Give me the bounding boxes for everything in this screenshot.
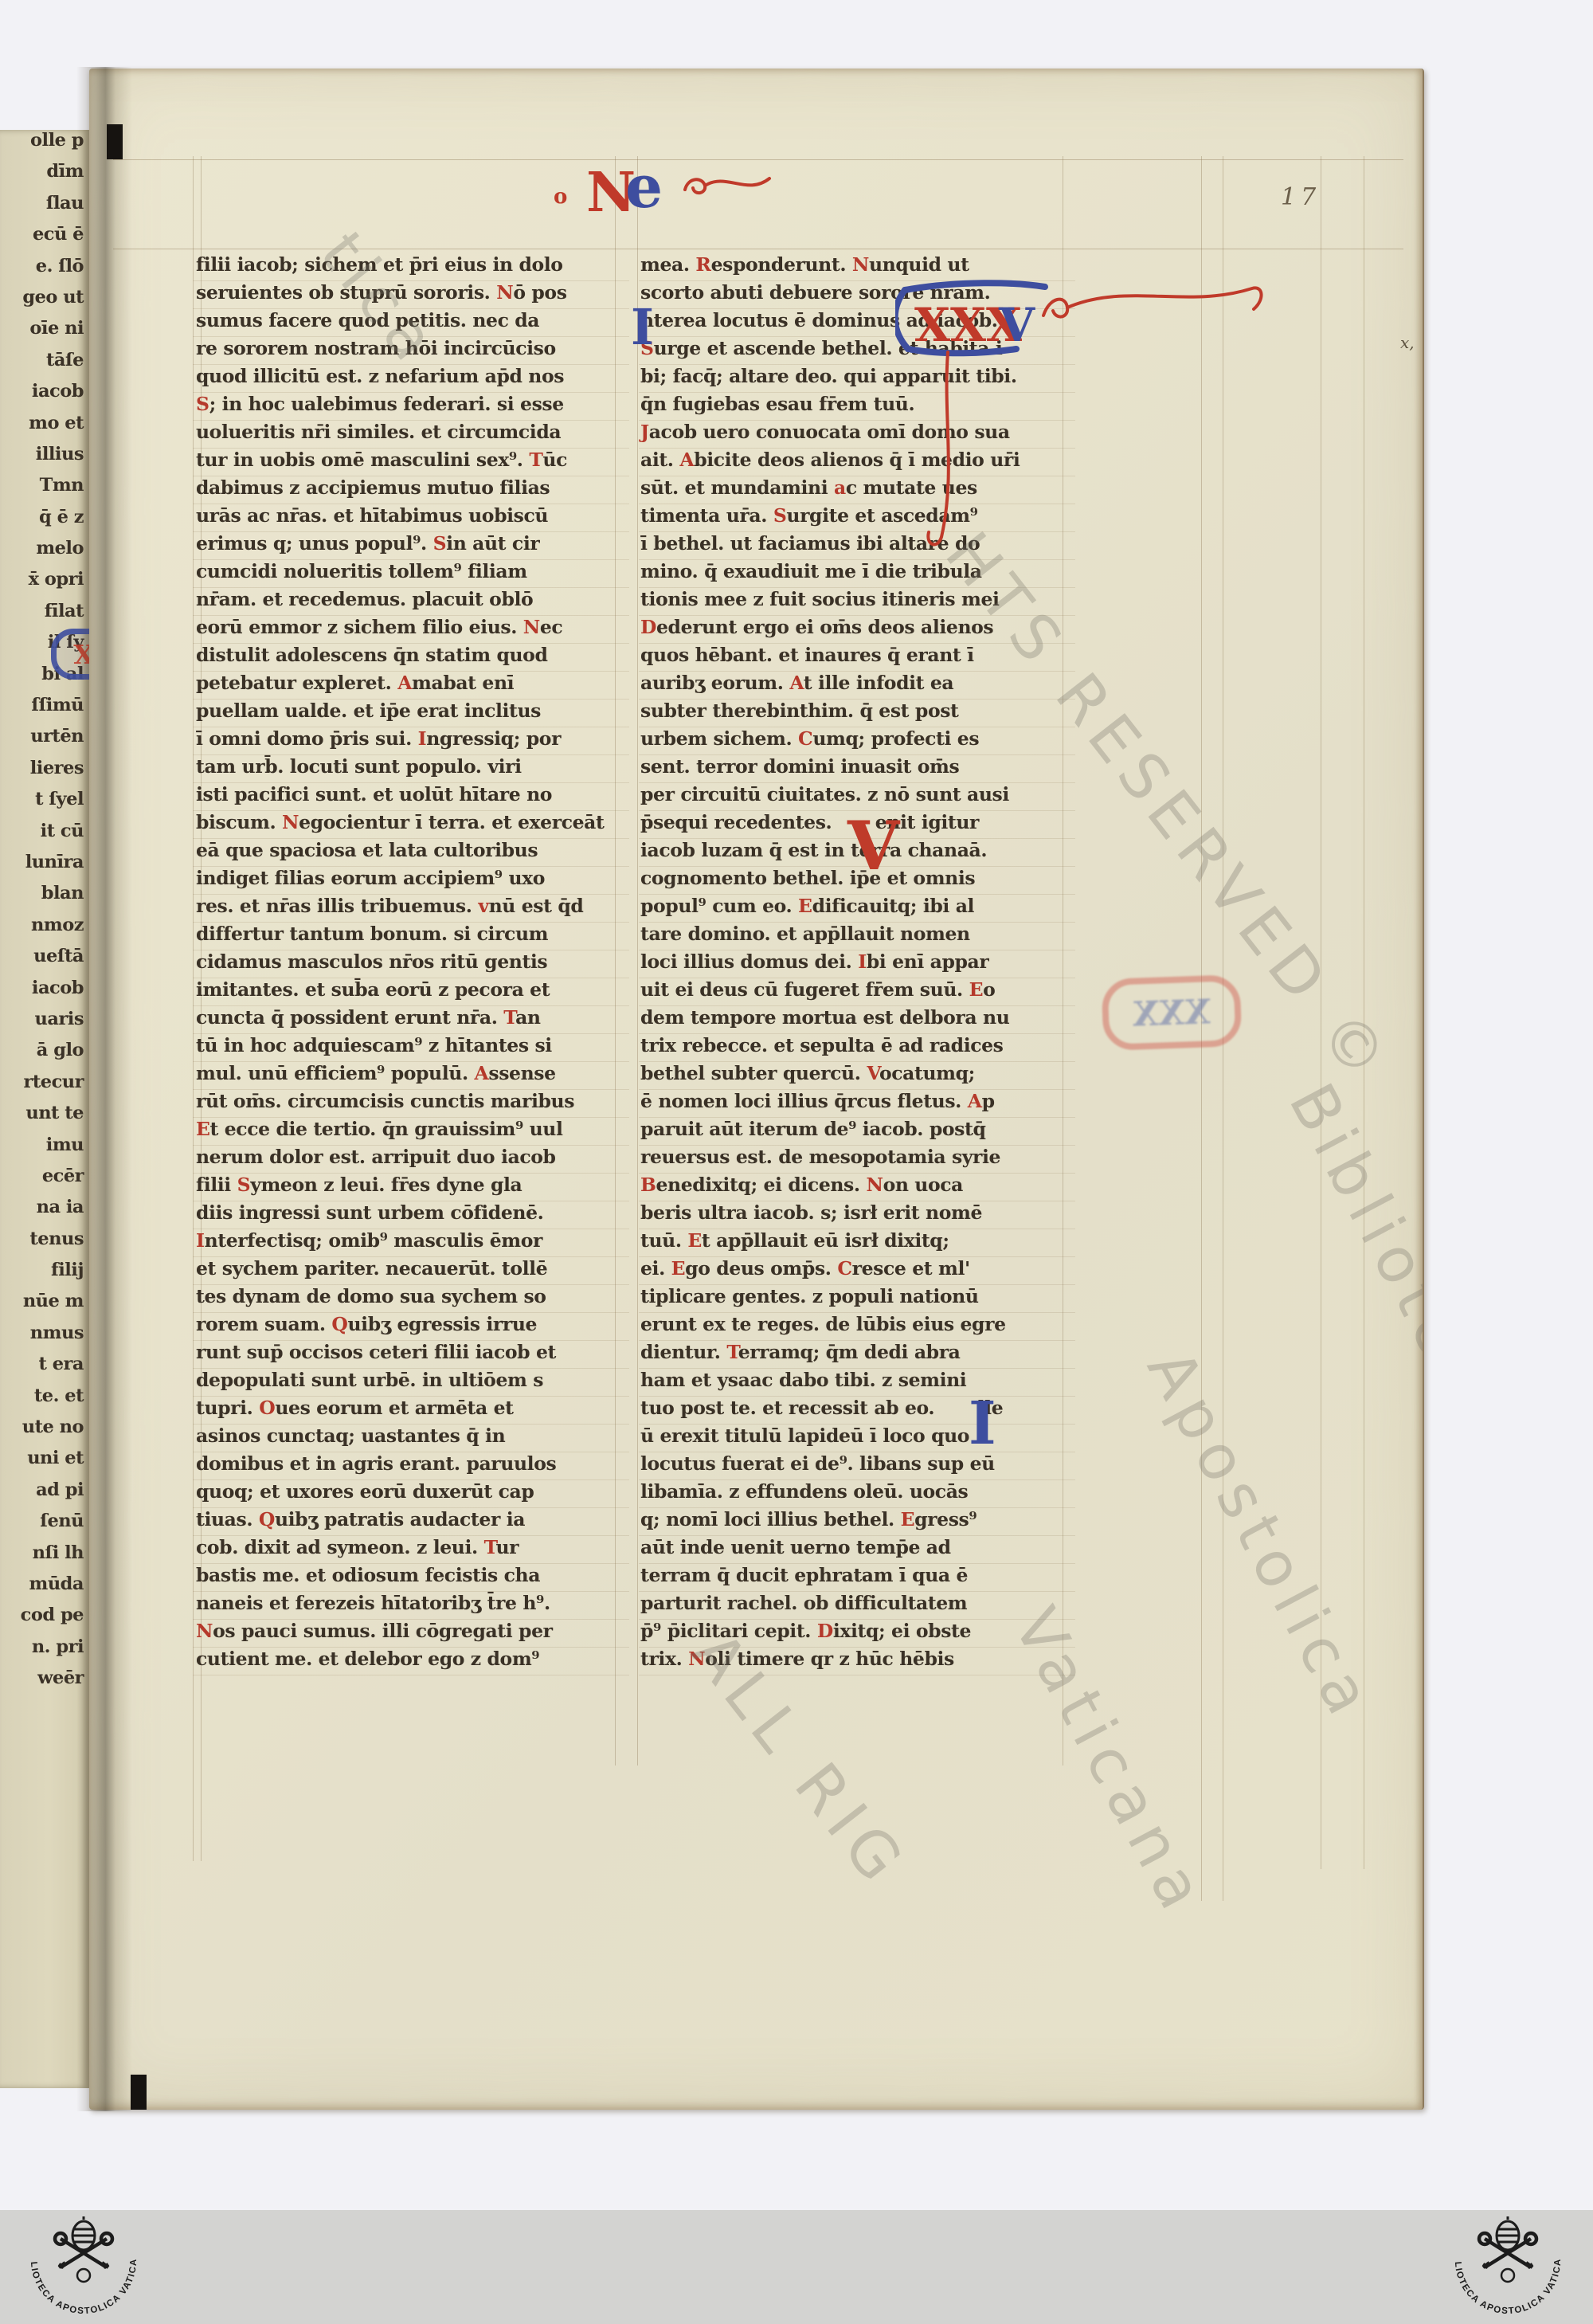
manuscript-text-line: filii iacob; sichem et p̄ri eius in dolo bbox=[196, 253, 621, 281]
facing-text-fragment: ecēr bbox=[0, 1166, 89, 1197]
facing-text-fragment: illius bbox=[0, 444, 89, 475]
manuscript-text-line: p̄⁹ p̄iclitari cepit. Dixitq; ei obste bbox=[640, 1620, 1077, 1648]
manuscript-text-line: paruit aūt iterum de⁹ iacob. postq̄ bbox=[640, 1118, 1077, 1146]
folio-number: 17 bbox=[1281, 183, 1321, 211]
manuscript-text-line: tuū. Et app̄llauit eū isrł dixitq; bbox=[640, 1229, 1077, 1257]
facing-text-fragment: ueſtā bbox=[0, 946, 89, 977]
manuscript-text-line: tare domino. et app̄llauit nomen bbox=[640, 923, 1077, 950]
manuscript-text-line: loci illius domus dei. Ibi enī appar bbox=[640, 950, 1077, 978]
manuscript-text-line: imitantes. et sub̄a eorū z pecora et bbox=[196, 978, 621, 1006]
facing-text-fragment: it cū bbox=[0, 821, 89, 852]
facing-text-fragment: geo ut bbox=[0, 287, 89, 318]
manuscript-text-line: re sororem nostram hōi incircūciso bbox=[196, 337, 621, 365]
manuscript-text-line: tuo post te. et recessit ab eo. lle bbox=[640, 1397, 1077, 1425]
manuscript-text-line: tur in uobis omē masculini sex⁹. Tūc bbox=[196, 449, 621, 476]
binding-tab-top bbox=[107, 124, 123, 159]
manuscript-text-line: naneis et ferezeis hītatoribʒ t̄re h⁹. bbox=[196, 1592, 621, 1620]
facing-text-fragment: ecū ē bbox=[0, 224, 89, 255]
facing-text-fragment: nūe m bbox=[0, 1291, 89, 1322]
manuscript-text-line: eorū emmor z sichem filio eius. Nec bbox=[196, 616, 621, 644]
facing-text-fragment: uni et bbox=[0, 1448, 89, 1479]
manuscript-text-line: indiget filias eorum accipiem⁹ uxo bbox=[196, 867, 621, 895]
binding-tab-bottom bbox=[131, 2075, 147, 2110]
header-paraph-mark: o bbox=[554, 185, 567, 209]
manuscript-text-line: tū in hoc adquiescam⁹ z hītantes si bbox=[196, 1034, 621, 1062]
facing-text-fragment: nmus bbox=[0, 1323, 89, 1354]
manuscript-text-line: S; in hoc ualebimus federari. si esse bbox=[196, 393, 621, 421]
ghost-numeral: XXX bbox=[1132, 992, 1211, 1033]
running-header-letter-blue: e bbox=[625, 158, 663, 217]
manuscript-text-line: mino. q̄ exaudiuit me ī die tribula bbox=[640, 560, 1077, 588]
vatican-library-logo-left: BIBLIOTECA APOSTOLICA VATICANA bbox=[14, 2215, 154, 2320]
facing-text-fragment: blan bbox=[0, 883, 89, 914]
manuscript-text-line: Benedixitq; ei dicens. Non uoca bbox=[640, 1174, 1077, 1201]
vatican-library-logo-right: BIBLIOTECA APOSTOLICA VATICANA bbox=[1438, 2215, 1578, 2320]
manuscript-text-line: tiuas. Quibʒ patratis audacter ia bbox=[196, 1508, 621, 1536]
manuscript-text-line: popul⁹ cum eo. Edificauitq; ibi al bbox=[640, 895, 1077, 923]
manuscript-text-line: rorem suam. Quibʒ egressis irrue bbox=[196, 1313, 621, 1341]
facing-text-fragment: filij bbox=[0, 1260, 89, 1291]
manuscript-text-line: quos hēbant. et inaures q̄ erant ī bbox=[640, 644, 1077, 672]
manuscript-text-line: dem tempore mortua est delbora nu bbox=[640, 1006, 1077, 1034]
facing-text-fragment: dīm bbox=[0, 161, 89, 192]
chapter-numeral-blue: V bbox=[998, 298, 1035, 352]
manuscript-text-line: tam urb̄. locuti sunt populo. viri bbox=[196, 755, 621, 783]
facing-text-fragment: n. pri bbox=[0, 1636, 89, 1668]
facing-text-fragment: rtecur bbox=[0, 1072, 89, 1103]
facing-chapter-numeral: XX bbox=[73, 639, 89, 670]
manuscript-text-line: libamīa. z effundens oleū. uocās bbox=[640, 1480, 1077, 1508]
manuscript-text-line: beris ultra iacob. s; isrł erit nomē bbox=[640, 1201, 1077, 1229]
facing-text-fragment: melo bbox=[0, 538, 89, 569]
facing-page-text-fragments: olle pdīmſlauecū ēe. ſlōgeo utoīe nitāſe… bbox=[0, 130, 89, 1699]
watermark-text: Biblioteca bbox=[1275, 1072, 1424, 1454]
manuscript-text-line: auribʒ eorum. At ille infodit ea bbox=[640, 672, 1077, 700]
facing-text-fragment: unt te bbox=[0, 1103, 89, 1134]
manuscript-text-line: locutus fuerat ei de⁹. libans sup eū bbox=[640, 1452, 1077, 1480]
manuscript-text-line: quod illicitū est. z nefarium ap̄d nos bbox=[196, 365, 621, 393]
manuscript-text-line: bethel subter quercū. Vocatumq; bbox=[640, 1062, 1077, 1090]
facing-text-fragment: nmoz bbox=[0, 915, 89, 946]
manuscript-text-line: bastis me. et odiosum fecistis cha bbox=[196, 1564, 621, 1592]
manuscript-text-line: uolueritis nr̄i similes. et circumcida bbox=[196, 421, 621, 449]
facing-page-edge: olle pdīmſlauecū ēe. ſlōgeo utoīe nitāſe… bbox=[0, 130, 89, 2088]
manuscript-text-line: eā que spaciosa et lata cultoribus bbox=[196, 839, 621, 867]
ruling-line bbox=[1321, 156, 1321, 1869]
manuscript-text-line: domibus et in agris erant. paruulos bbox=[196, 1452, 621, 1480]
manuscript-text-line: cidamus masculos nr̄os ritū gentis bbox=[196, 950, 621, 978]
offset-ghost-chapter-stamp: XXX bbox=[1101, 974, 1242, 1051]
facing-text-fragment: ute no bbox=[0, 1417, 89, 1448]
facing-text-fragment: ad pi bbox=[0, 1479, 89, 1511]
facing-text-fragment: olle p bbox=[0, 130, 89, 161]
manuscript-text-line: filii Symeon z leui. fr̄es dyne gla bbox=[196, 1174, 621, 1201]
manuscript-text-line: nr̄am. et recedemus. placuit oblō bbox=[196, 588, 621, 616]
manuscript-text-line: res. et nr̄as illis tribuemus. vnū est q… bbox=[196, 895, 621, 923]
ruling-line bbox=[1364, 156, 1364, 1869]
manuscript-text-line: seruientes ob stuprū sororis. Nō pos bbox=[196, 281, 621, 309]
manuscript-text-line: ham et ysaac dabo tibi. z semini bbox=[640, 1369, 1077, 1397]
facing-text-fragment: tāſe bbox=[0, 350, 89, 381]
manuscript-text-line: q; nomī loci illius bethel. Egress⁹ bbox=[640, 1508, 1077, 1536]
facing-text-fragment: na ia bbox=[0, 1197, 89, 1228]
manuscript-text-line: diis ingressi sunt urbem cōfidenē. bbox=[196, 1201, 621, 1229]
text-column-left: filii iacob; sichem et p̄ri eius in dolo… bbox=[196, 253, 621, 1675]
manuscript-text-line: aūt inde uenit uerno temp̄e ad bbox=[640, 1536, 1077, 1564]
facing-text-fragment: Tmn bbox=[0, 475, 89, 506]
manuscript-text-line: runt sup̄ occisos ceteri filii iacob et bbox=[196, 1341, 621, 1369]
facing-text-fragment: mūda bbox=[0, 1574, 89, 1605]
manuscript-text-line: tionis mee z fuit socius itineris mei bbox=[640, 588, 1077, 616]
facing-text-fragment: mo et bbox=[0, 413, 89, 444]
manuscript-text-line: tes dynam de domo sua sychem so bbox=[196, 1285, 621, 1313]
facing-text-fragment: nſi lh bbox=[0, 1542, 89, 1574]
facing-text-fragment: ſlau bbox=[0, 193, 89, 224]
manuscript-text-line: cutient me. et delebor ego z dom⁹ bbox=[196, 1648, 621, 1675]
facing-text-fragment: cod pe bbox=[0, 1605, 89, 1636]
manuscript-text-line: ei. Ego deus omp̄s. Cresce et ml' bbox=[640, 1257, 1077, 1285]
manuscript-text-line: Et ecce die tertio. q̄n grauissim⁹ uul bbox=[196, 1118, 621, 1146]
manuscript-page: o N e 17 x, filii iacob; sichem et p̄ri … bbox=[89, 69, 1424, 2110]
manuscript-text-line: dientur. Terramq; q̄m dedi abra bbox=[640, 1341, 1077, 1369]
manuscript-text-line: erunt ex te reges. de lūbis eius egre bbox=[640, 1313, 1077, 1341]
facing-text-fragment: urtēn bbox=[0, 726, 89, 757]
facing-text-fragment: ſenū bbox=[0, 1511, 89, 1542]
manuscript-text-line: sumus facere quod petitis. nec da bbox=[196, 309, 621, 337]
facing-text-fragment: e. ſlō bbox=[0, 256, 89, 287]
manuscript-text-line: subter therebinthim. q̄ est post bbox=[640, 700, 1077, 727]
ruling-line bbox=[113, 159, 1403, 160]
manuscript-text-line: cob. dixit ad symeon. z leui. Tur bbox=[196, 1536, 621, 1564]
facing-text-fragment: oīe ni bbox=[0, 318, 89, 349]
header-flourish-icon bbox=[680, 169, 776, 204]
manuscript-text-line: distulit adolescens q̄n statim quod bbox=[196, 644, 621, 672]
manuscript-text-line: asinos cunctaq; uastantes q̄ in bbox=[196, 1425, 621, 1452]
manuscript-text-line: quoq; et uxores eorū duxerūt cap bbox=[196, 1480, 621, 1508]
facing-text-fragment: imu bbox=[0, 1135, 89, 1166]
painted-initial-i: I bbox=[631, 303, 654, 352]
facing-text-fragment: fīlat bbox=[0, 601, 89, 632]
facing-page-chapter-marker: XX bbox=[51, 629, 89, 680]
manuscript-text-line: depopulati sunt urbē. in ultiōem s bbox=[196, 1369, 621, 1397]
facing-text-fragment: weēr bbox=[0, 1668, 89, 1699]
facing-text-fragment: te. et bbox=[0, 1385, 89, 1417]
manuscript-text-line: Nos pauci sumus. illi cōgregati per bbox=[196, 1620, 621, 1648]
manuscript-text-line: trix. Noli timere qr z hūc hēbis bbox=[640, 1648, 1077, 1675]
painted-initial-v: V bbox=[847, 813, 899, 880]
facing-text-fragment: uaris bbox=[0, 1009, 89, 1040]
facing-text-fragment: lieres bbox=[0, 758, 89, 789]
manuscript-text-line: puellam ualde. et ip̄e erat inclitus bbox=[196, 700, 621, 727]
facing-text-fragment: t era bbox=[0, 1354, 89, 1385]
manuscript-text-line: ī omni domo p̄ris sui. Ingressiq; por bbox=[196, 727, 621, 755]
facing-text-fragment: x̄ opri bbox=[0, 569, 89, 600]
manuscript-text-line: trix rebecce. et sepulta ē ad radices bbox=[640, 1034, 1077, 1062]
facing-text-fragment: iacob bbox=[0, 381, 89, 412]
facing-text-fragment: lunīra bbox=[0, 852, 89, 883]
manuscript-text-line: Dederunt ergo ei om̄s deos alienos bbox=[640, 616, 1077, 644]
manuscript-text-line: dabimus z accipiemus mutuo filias bbox=[196, 476, 621, 504]
manuscript-text-line: parturit rachel. ob difficultatem bbox=[640, 1592, 1077, 1620]
facing-text-fragment: q̄ ē z bbox=[0, 507, 89, 538]
facing-text-fragment: ſſimū bbox=[0, 695, 89, 726]
chapter-numeral-ornament: XXX V bbox=[895, 274, 1278, 561]
manuscript-text-line: biscum. Negocientur ī terra. et exerceāt bbox=[196, 811, 621, 839]
manuscript-text-line: ē nomen loci illius q̄rcus fletus. Ap bbox=[640, 1090, 1077, 1118]
manuscript-text-line: mul. unū efficiem⁹ populū. Assense bbox=[196, 1062, 621, 1090]
digitized-manuscript-scan: olle pdīmſlauecū ēe. ſlōgeo utoīe nitāſe… bbox=[0, 0, 1593, 2324]
footer-bar bbox=[0, 2210, 1593, 2324]
manuscript-text-line: terram q̄ ducit ephratam ī qua ē bbox=[640, 1564, 1077, 1592]
manuscript-text-line: petebatur expleret. Amabat enī bbox=[196, 672, 621, 700]
manuscript-text-line: cuncta q̄ possident erunt nr̄a. Tan bbox=[196, 1006, 621, 1034]
manuscript-text-line: Interfectisq; omib⁹ masculis ēmor bbox=[196, 1229, 621, 1257]
ruling-line bbox=[113, 249, 1403, 249]
manuscript-text-line: et sychem pariter. necauerūt. tollē bbox=[196, 1257, 621, 1285]
manuscript-text-line: tiplicare gentes. z populi nationū bbox=[640, 1285, 1077, 1313]
facing-text-fragment: tenus bbox=[0, 1229, 89, 1260]
manuscript-text-line: cumcidi nolueritis tollem⁹ filiam bbox=[196, 560, 621, 588]
manuscript-text-line: reuersus est. de mesopotamia syrie bbox=[640, 1146, 1077, 1174]
manuscript-text-line: erimus q; unus popul⁹. Sin aūt cir bbox=[196, 532, 621, 560]
manuscript-text-line: urās ac nr̄as. et hītabimus uobiscū bbox=[196, 504, 621, 532]
manuscript-text-line: differtur tantum bonum. si circum bbox=[196, 923, 621, 950]
facing-text-fragment: ā glo bbox=[0, 1040, 89, 1071]
manuscript-text-line: urbem sichem. Cumq; profecti es bbox=[640, 727, 1077, 755]
manuscript-text-line: ū erexit titulū lapideū ī loco quo bbox=[640, 1425, 1077, 1452]
manuscript-text-line: isti pacifici sunt. et uolūt hītare no bbox=[196, 783, 621, 811]
margin-edge-mark: x, bbox=[1400, 333, 1415, 352]
painted-initial-i: I bbox=[969, 1394, 996, 1453]
manuscript-text-line: uit ei deus cū fugeret fr̄em suū. Eo bbox=[640, 978, 1077, 1006]
manuscript-text-line: tupri. Oues eorum et armēta et bbox=[196, 1397, 621, 1425]
manuscript-text-line: sent. terror domini inuasit om̄s bbox=[640, 755, 1077, 783]
facing-text-fragment: iacob bbox=[0, 978, 89, 1009]
facing-text-fragment: t ſyel bbox=[0, 789, 89, 820]
ruling-line bbox=[637, 156, 638, 1766]
manuscript-text-line: nerum dolor est. arripuit duo iacob bbox=[196, 1146, 621, 1174]
manuscript-text-line: rūt om̄s. circumcisis cunctis maribus bbox=[196, 1090, 621, 1118]
watermark-text: Apostolica bbox=[1133, 1338, 1389, 1734]
